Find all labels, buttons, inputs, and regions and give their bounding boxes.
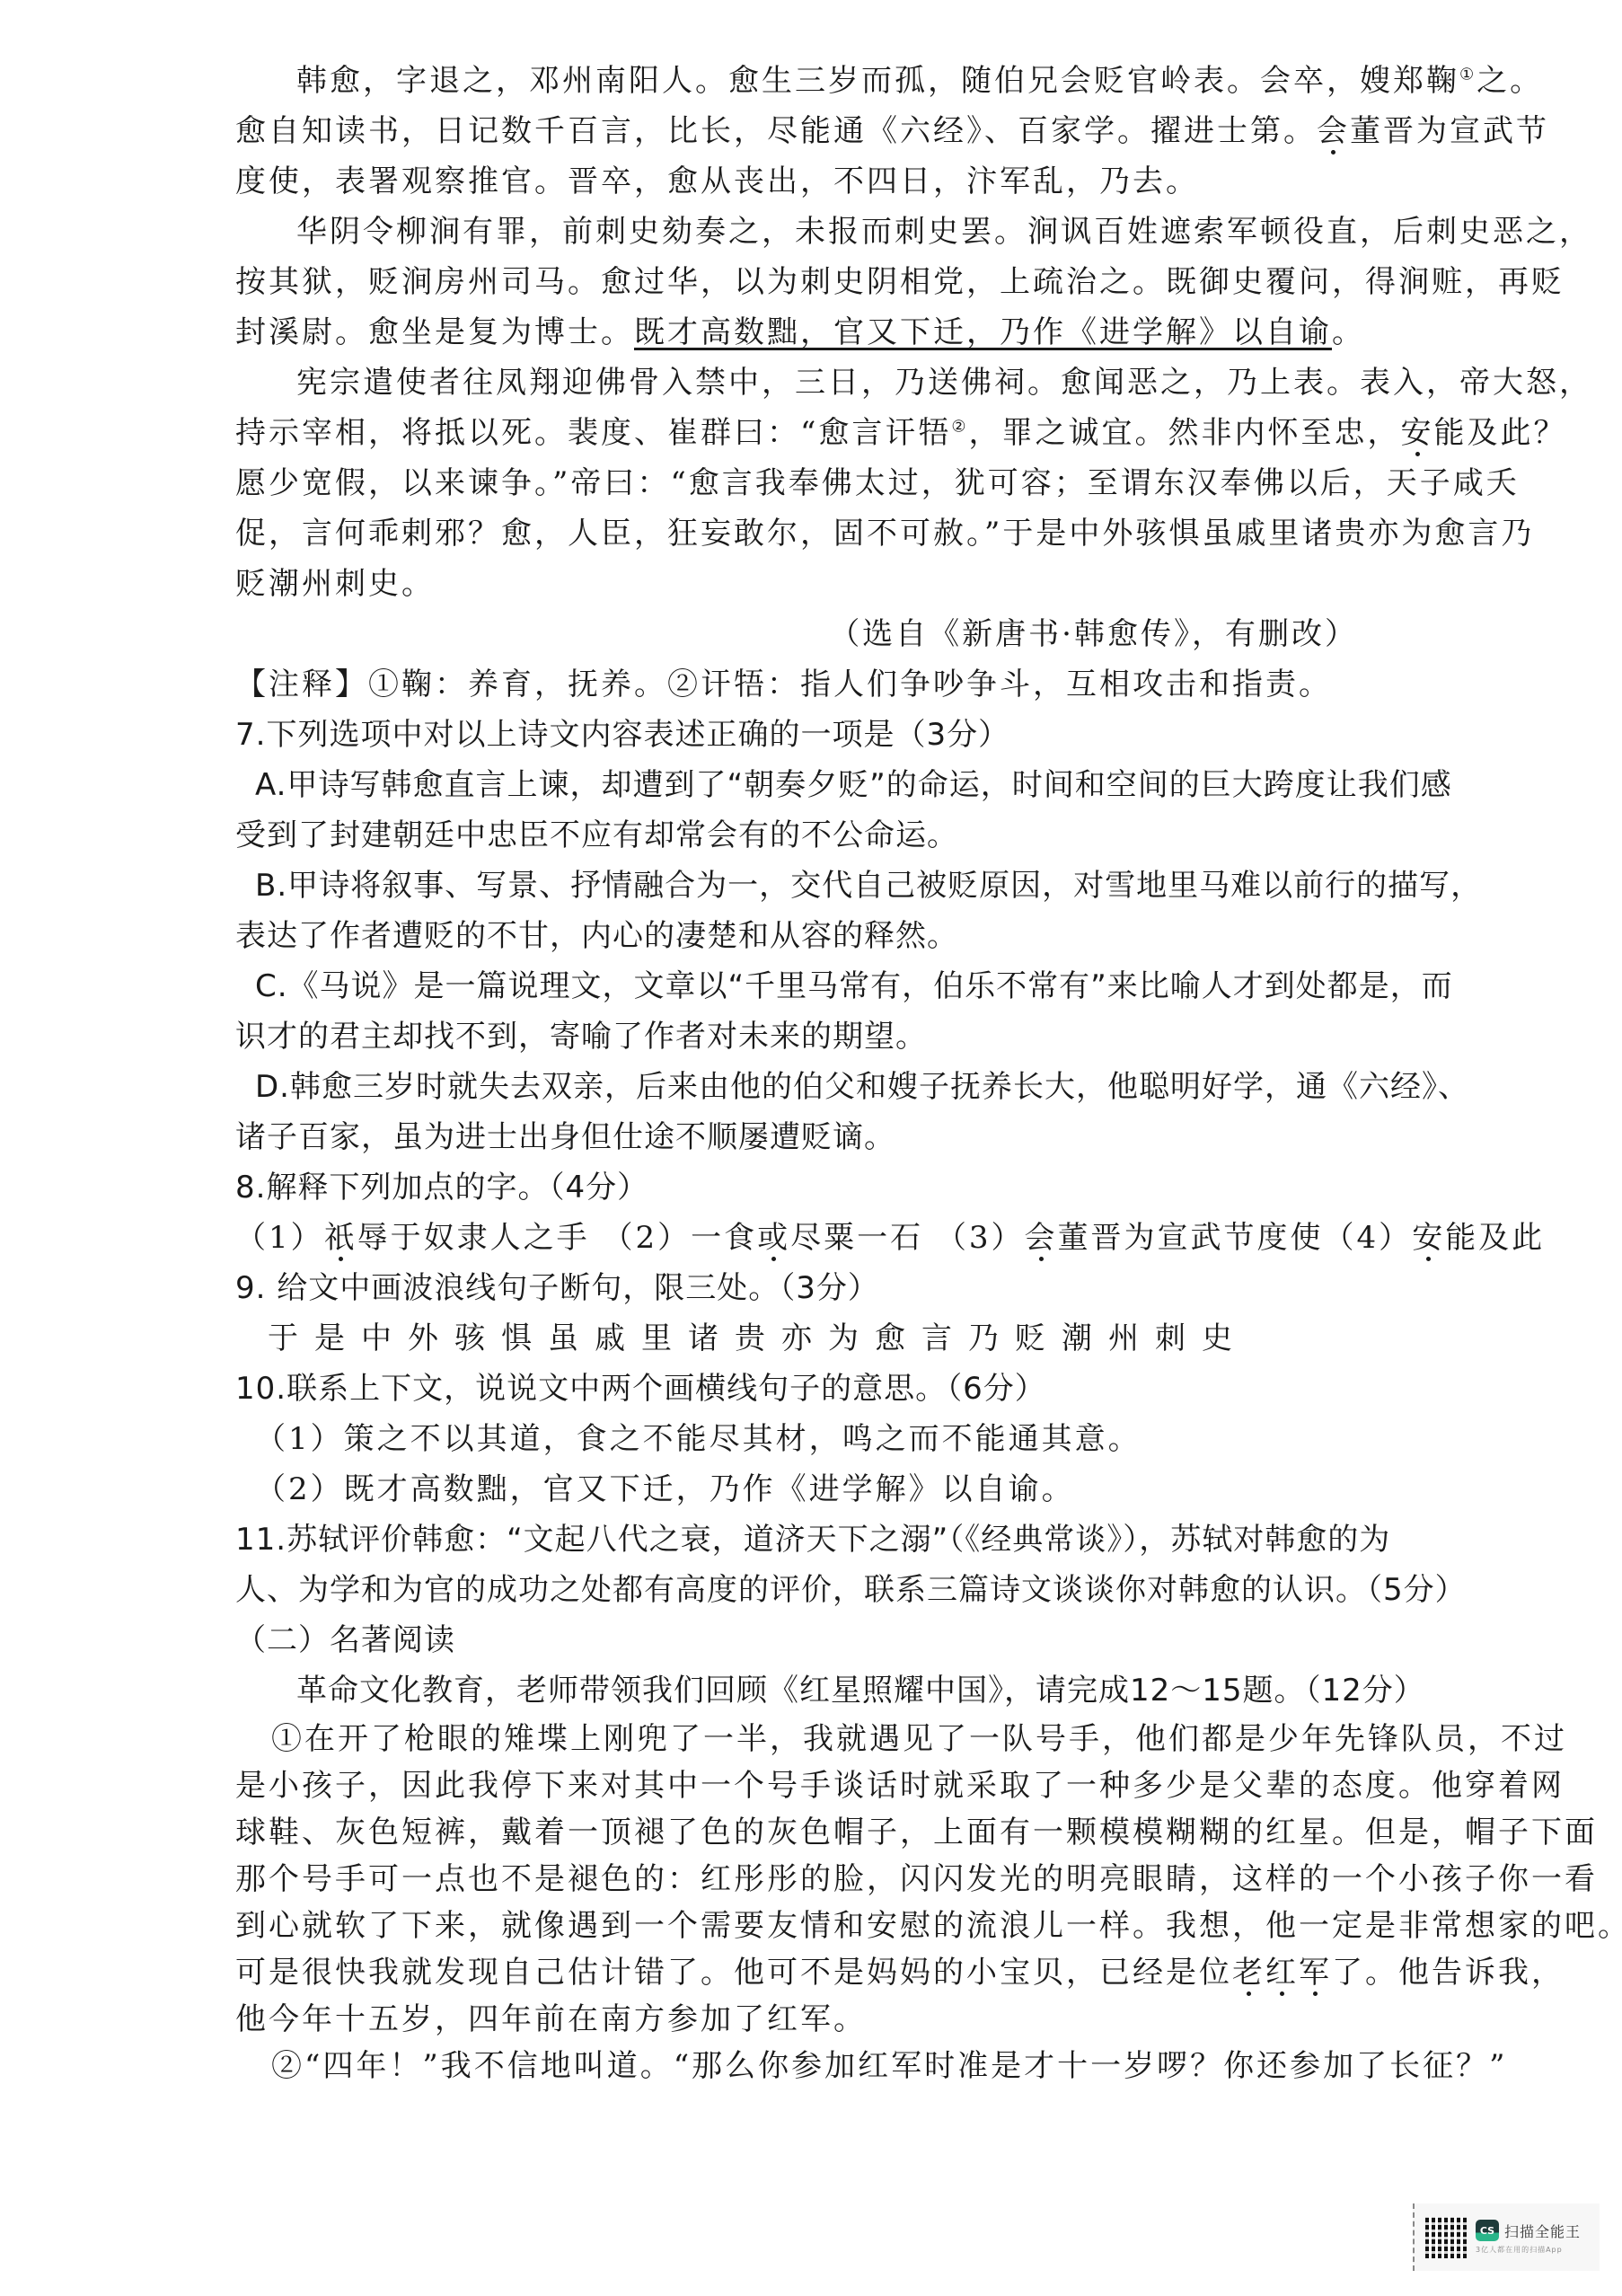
emphasis-char: 会	[1317, 113, 1350, 149]
text: 辱于奴隶人之手	[357, 1220, 590, 1256]
emphasis-char: 会	[1025, 1220, 1058, 1256]
text: 董晋为宣武节度使	[1058, 1220, 1324, 1256]
watermark-subtitle: 3亿人都在用的扫描App	[1476, 2245, 1581, 2255]
text: 尽粟一石	[790, 1220, 923, 1256]
excerpt-line: 他今年十五岁，四年前在南方参加了红军。	[235, 1996, 1376, 2043]
emphasis-char: 安	[1412, 1220, 1445, 1256]
excerpt-line: ①在开了枪眼的雉堞上刚兜了一半，我就遇见了一队号手，他们都是少年先锋队员，不过	[235, 1716, 1376, 1762]
emphasis-char: 或	[757, 1220, 790, 1256]
passage-line: 宪宗遣使者往凤翔迎佛骨入禁中，三日，乃送佛祠。愈闻恶之，乃上表。表入，帝大怒，	[235, 358, 1376, 408]
scanner-watermark: CS 扫描全能王 3亿人都在用的扫描App	[1413, 2203, 1600, 2271]
excerpt-line: 可是很快我就发现自己估计错了。他可不是妈妈的小宝贝，已经是位老红军了。他告诉我，	[235, 1949, 1376, 1996]
text: 韩愈，字退之，邓州南阳人。愈生三岁而孤，随伯兄会贬官岭表。会卒，嫂郑鞠	[296, 63, 1459, 99]
watermark-text-block: CS 扫描全能王 3亿人都在用的扫描App	[1476, 2220, 1581, 2255]
q7-option-a: A.甲诗写韩愈直言上谏，却遭到了“朝奏夕贬”的命运，时间和空间的巨大跨度让我们感	[235, 760, 1376, 810]
passage-line: 封溪尉。愈坐是复为博士。既才高数黜，官又下迁，乃作《进学解》以自谕。	[235, 307, 1376, 358]
watermark-header: CS 扫描全能王	[1476, 2220, 1581, 2241]
footnote-marker: ①	[1459, 66, 1477, 84]
q7-option-b-cont: 表达了作者遭贬的不甘，内心的凄楚和从容的释然。	[235, 911, 1376, 961]
question-8-items: （1）祇辱于奴隶人之手 （2）一食或尽粟一石 （3）会董晋为宣武节度使（4）安能…	[235, 1213, 1376, 1263]
text: 能及此	[1445, 1220, 1545, 1256]
text: 董晋为宣武节	[1350, 113, 1549, 149]
question-10-item-1: （1）策之不以其道，食之不能尽其材，鸣之而不能通其意。	[235, 1414, 1376, 1464]
question-10-stem: 10.联系上下文，说说文中两个画横线句子的意思。（6分）	[235, 1364, 1376, 1414]
q7-option-c-cont: 识才的君主却找不到，寄喻了作者对未来的期望。	[235, 1011, 1376, 1062]
q7-option-d-cont: 诸子百家，虽为进士出身但仕途不顺屡遭贬谪。	[235, 1112, 1376, 1162]
text: 愈自知读书，日记数千百言，比长，尽能通《六经》、百家学。擢进士第。	[235, 113, 1317, 149]
question-7-stem: 7.下列选项中对以上诗文内容表述正确的一项是（3分）	[235, 710, 1376, 760]
text: 一食	[691, 1220, 757, 1256]
passage-line: 韩愈，字退之，邓州南阳人。愈生三岁而孤，随伯兄会贬官岭表。会卒，嫂郑鞠①之。	[235, 56, 1376, 106]
excerpt-line: ②“四年！”我不信地叫道。“那么你参加红军时准是才十一岁啰？你还参加了长征？”	[235, 2043, 1376, 2089]
excerpt-line: 球鞋、灰色短裤，戴着一顶褪了色的灰色帽子，上面有一颗模模糊糊的红星。但是，帽子下…	[235, 1809, 1376, 1856]
item-number: （2）	[602, 1220, 691, 1256]
question-9-sentence: 于是中外骇惧虽戚里诸贵亦为愈言乃贬潮州刺史	[235, 1313, 1376, 1364]
watermark-title: 扫描全能王	[1504, 2221, 1581, 2241]
emphasis-char: 红	[1265, 1955, 1299, 1991]
text: 能及此？	[1434, 415, 1567, 451]
passage-line: 贬潮州刺史。	[235, 559, 1376, 609]
qr-code-icon	[1425, 2217, 1467, 2258]
item-number: （3）	[936, 1220, 1025, 1256]
excerpt-line: 是小孩子，因此我停下来对其中一个号手谈话时就采取了一种多少是父辈的态度。他穿着网	[235, 1762, 1376, 1809]
underlined-sentence: 既才高数黜，官又下迁，乃作《进学解》以自谕	[634, 314, 1332, 350]
emphasis-char: 安	[1401, 415, 1434, 451]
question-9-stem: 9. 给文中画波浪线句子断句，限三处。（3分）	[235, 1263, 1376, 1313]
passage-source: （选自《新唐书·韩愈传》，有删改）	[235, 609, 1376, 659]
question-11-line-2: 人、为学和为官的成功之处都有高度的评价，联系三篇诗文谈谈你对韩愈的认识。（5分）	[235, 1565, 1376, 1615]
q7-option-d: D.韩愈三岁时就失去双亲，后来由他的伯父和嫂子抚养长大，他聪明好学，通《六经》、	[235, 1062, 1376, 1112]
passage-line: 愿少宽假，以来谏争。”帝曰：“愈言我奉佛太过，犹可容；至谓东汉奉佛以后，天子咸夭	[235, 458, 1376, 508]
passage-line: 愈自知读书，日记数千百言，比长，尽能通《六经》、百家学。擢进士第。会董晋为宣武节	[235, 106, 1376, 156]
passage-line: 按其狱，贬涧房州司马。愈过华，以为刺史阴相党，上疏治之。既御史覆问，得涧赃，再贬	[235, 257, 1376, 307]
emphasis-char: 祇	[324, 1220, 357, 1256]
text: 可是很快我就发现自己估计错了。他可不是妈妈的小宝贝，已经是位	[235, 1955, 1232, 1991]
text: 了。他告诉我，	[1332, 1955, 1565, 1991]
passage-line: 持示宰相，将抵以死。裴度、崔群曰：“愈言讦牾②，罪之诚宜。然非内怀至忠，安能及此…	[235, 408, 1376, 458]
section-2-intro: 革命文化教育，老师带领我们回顾《红星照耀中国》，请完成12～15题。（12分）	[235, 1665, 1376, 1716]
item-number: （4）	[1324, 1220, 1413, 1256]
passage-line: 华阴令柳涧有罪，前刺史劾奏之，未报而刺史罢。涧讽百姓遮索军顿役直，后刺史恶之，	[235, 207, 1376, 257]
emphasis-char: 军	[1299, 1955, 1332, 1991]
excerpt-line: 那个号手可一点也不是褪色的：红彤彤的脸，闪闪发光的明亮眼睛，这样的一个小孩子你一…	[235, 1856, 1376, 1903]
q7-option-a-cont: 受到了封建朝廷中忠臣不应有却常会有的不公命运。	[235, 810, 1376, 861]
text: ，罪之诚宜。然非内怀至忠，	[969, 415, 1401, 451]
item-number: （1）	[235, 1220, 324, 1256]
question-8-stem: 8.解释下列加点的字。（4分）	[235, 1162, 1376, 1213]
footnote-marker: ②	[951, 418, 968, 437]
text: 之。	[1477, 63, 1543, 99]
text: 持示宰相，将抵以死。裴度、崔群曰：“愈言讦牾	[235, 415, 951, 451]
passage-line: 度使，表署观察推官。晋卒，愈从丧出，不四日，汴军乱，乃去。	[235, 156, 1376, 207]
q7-option-c: C.《马说》是一篇说理文，文章以“千里马常有，伯乐不常有”来比喻人才到处都是，而	[235, 961, 1376, 1011]
question-11-line-1: 11.苏轼评价韩愈：“文起八代之衰，道济天下之溺”（《经典常谈》），苏轼对韩愈的…	[235, 1514, 1376, 1565]
question-10-item-2: （2）既才高数黜，官又下迁，乃作《进学解》以自谕。	[235, 1464, 1376, 1514]
section-2-title: （二）名著阅读	[235, 1615, 1376, 1665]
excerpt-line: 到心就软了下来，就像遇到一个需要友情和安慰的流浪儿一样。我想，他一定是非常想家的…	[235, 1903, 1376, 1949]
passage-line: 促，言何乖剌邪？愈，人臣，狂妄敢尔，固不可赦。”于是中外骇惧虽戚里诸贵亦为愈言乃	[235, 508, 1376, 559]
camscanner-logo-icon: CS	[1476, 2220, 1499, 2241]
exam-page: 韩愈，字退之，邓州南阳人。愈生三岁而孤，随伯兄会贬官岭表。会卒，嫂郑鞠①之。 愈…	[235, 56, 1376, 2089]
emphasis-char: 老	[1232, 1955, 1265, 1991]
text: 。	[1332, 314, 1365, 350]
text: 封溪尉。愈坐是复为博士。	[235, 314, 634, 350]
passage-notes: 【注释】①鞠：养育，抚养。②讦牾：指人们争吵争斗，互相攻击和指责。	[235, 659, 1376, 710]
excerpt: ①在开了枪眼的雉堞上刚兜了一半，我就遇见了一队号手，他们都是少年先锋队员，不过 …	[235, 1716, 1376, 2089]
q7-option-b: B.甲诗将叙事、写景、抒情融合为一，交代自己被贬原因，对雪地里马难以前行的描写，	[235, 861, 1376, 911]
